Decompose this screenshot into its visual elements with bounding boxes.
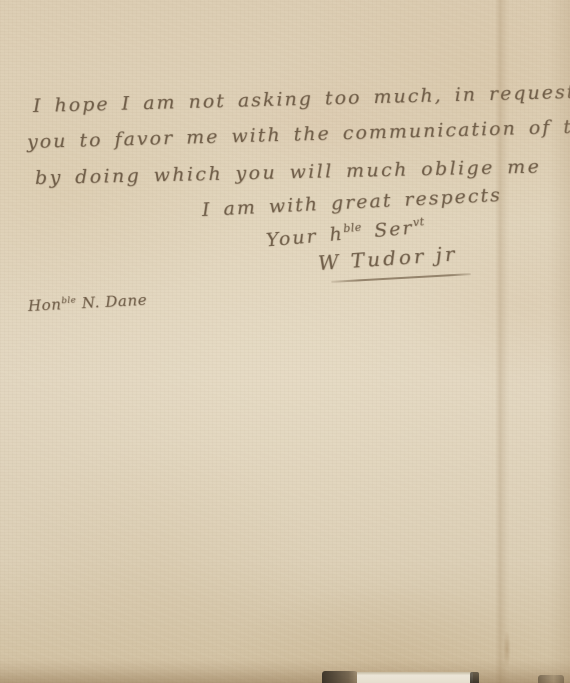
scan-edge-shadow-bottom xyxy=(0,661,570,683)
signature-underline-flourish xyxy=(331,273,471,283)
addressee-name: N. Dane xyxy=(76,291,148,313)
crease-foot-shadow xyxy=(502,625,512,673)
paper-crease-line xyxy=(495,0,509,683)
bottom-dark-tick xyxy=(470,672,479,683)
bottom-light-strip xyxy=(357,672,473,683)
addressee-honorific: Hon xyxy=(28,295,62,315)
addressee-line: Honble N. Dane xyxy=(28,291,148,315)
scan-edge-shadow-right xyxy=(548,0,570,683)
bottom-corner-marks xyxy=(538,675,564,683)
closing-servant-prefix: Your h xyxy=(265,223,345,252)
letter-scan-page: I hope I am not asking too much, in requ… xyxy=(0,0,570,683)
signature: W Tudor jr xyxy=(317,241,458,275)
closing-servant-superscript-2: vt xyxy=(412,215,425,229)
closing-respects-line: I am with great respects xyxy=(201,184,502,221)
letter-body-line-2: you to favor me with the communication o… xyxy=(27,114,570,153)
addressee-honorific-superscript: ble xyxy=(61,295,76,306)
bottom-dark-smudge xyxy=(322,671,360,683)
closing-servant-mid: Ser xyxy=(361,216,414,242)
letter-body-line-1: I hope I am not asking too much, in requ… xyxy=(33,80,570,117)
letter-body-line-3: by doing which you will much oblige me xyxy=(35,156,542,189)
closing-servant-superscript-1: ble xyxy=(343,221,363,236)
